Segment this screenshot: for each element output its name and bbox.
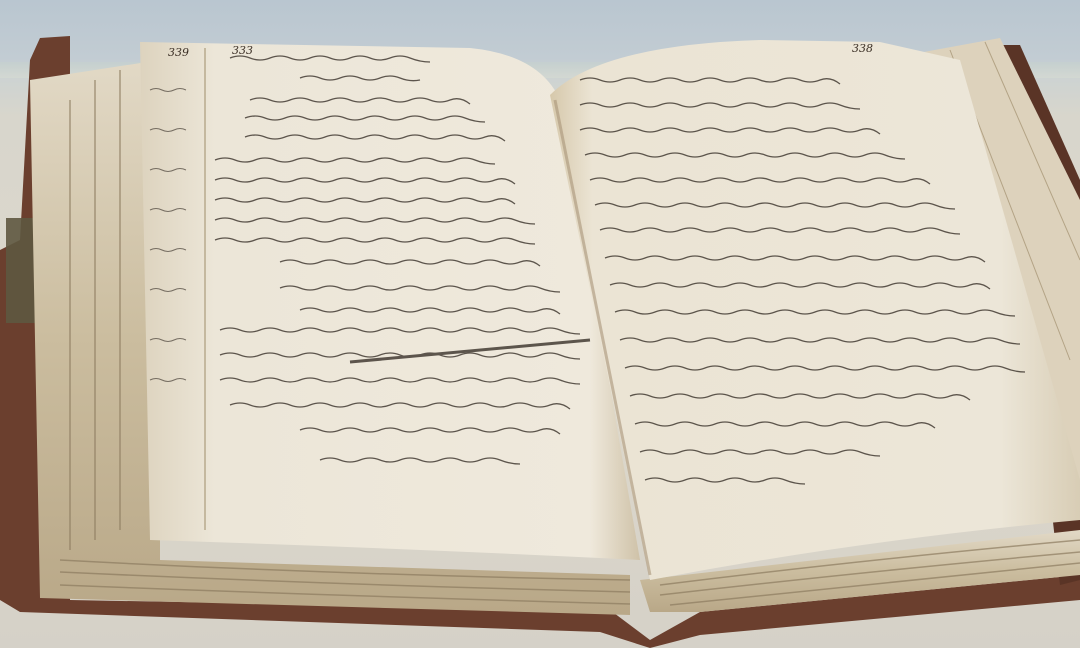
left-page-number: 333 [232, 44, 253, 57]
right-page-number: 338 [852, 42, 873, 55]
book-illustration [0, 0, 1080, 648]
margin-page-number: 339 [168, 46, 189, 59]
manuscript-photo: 333 339 338 [0, 0, 1080, 648]
